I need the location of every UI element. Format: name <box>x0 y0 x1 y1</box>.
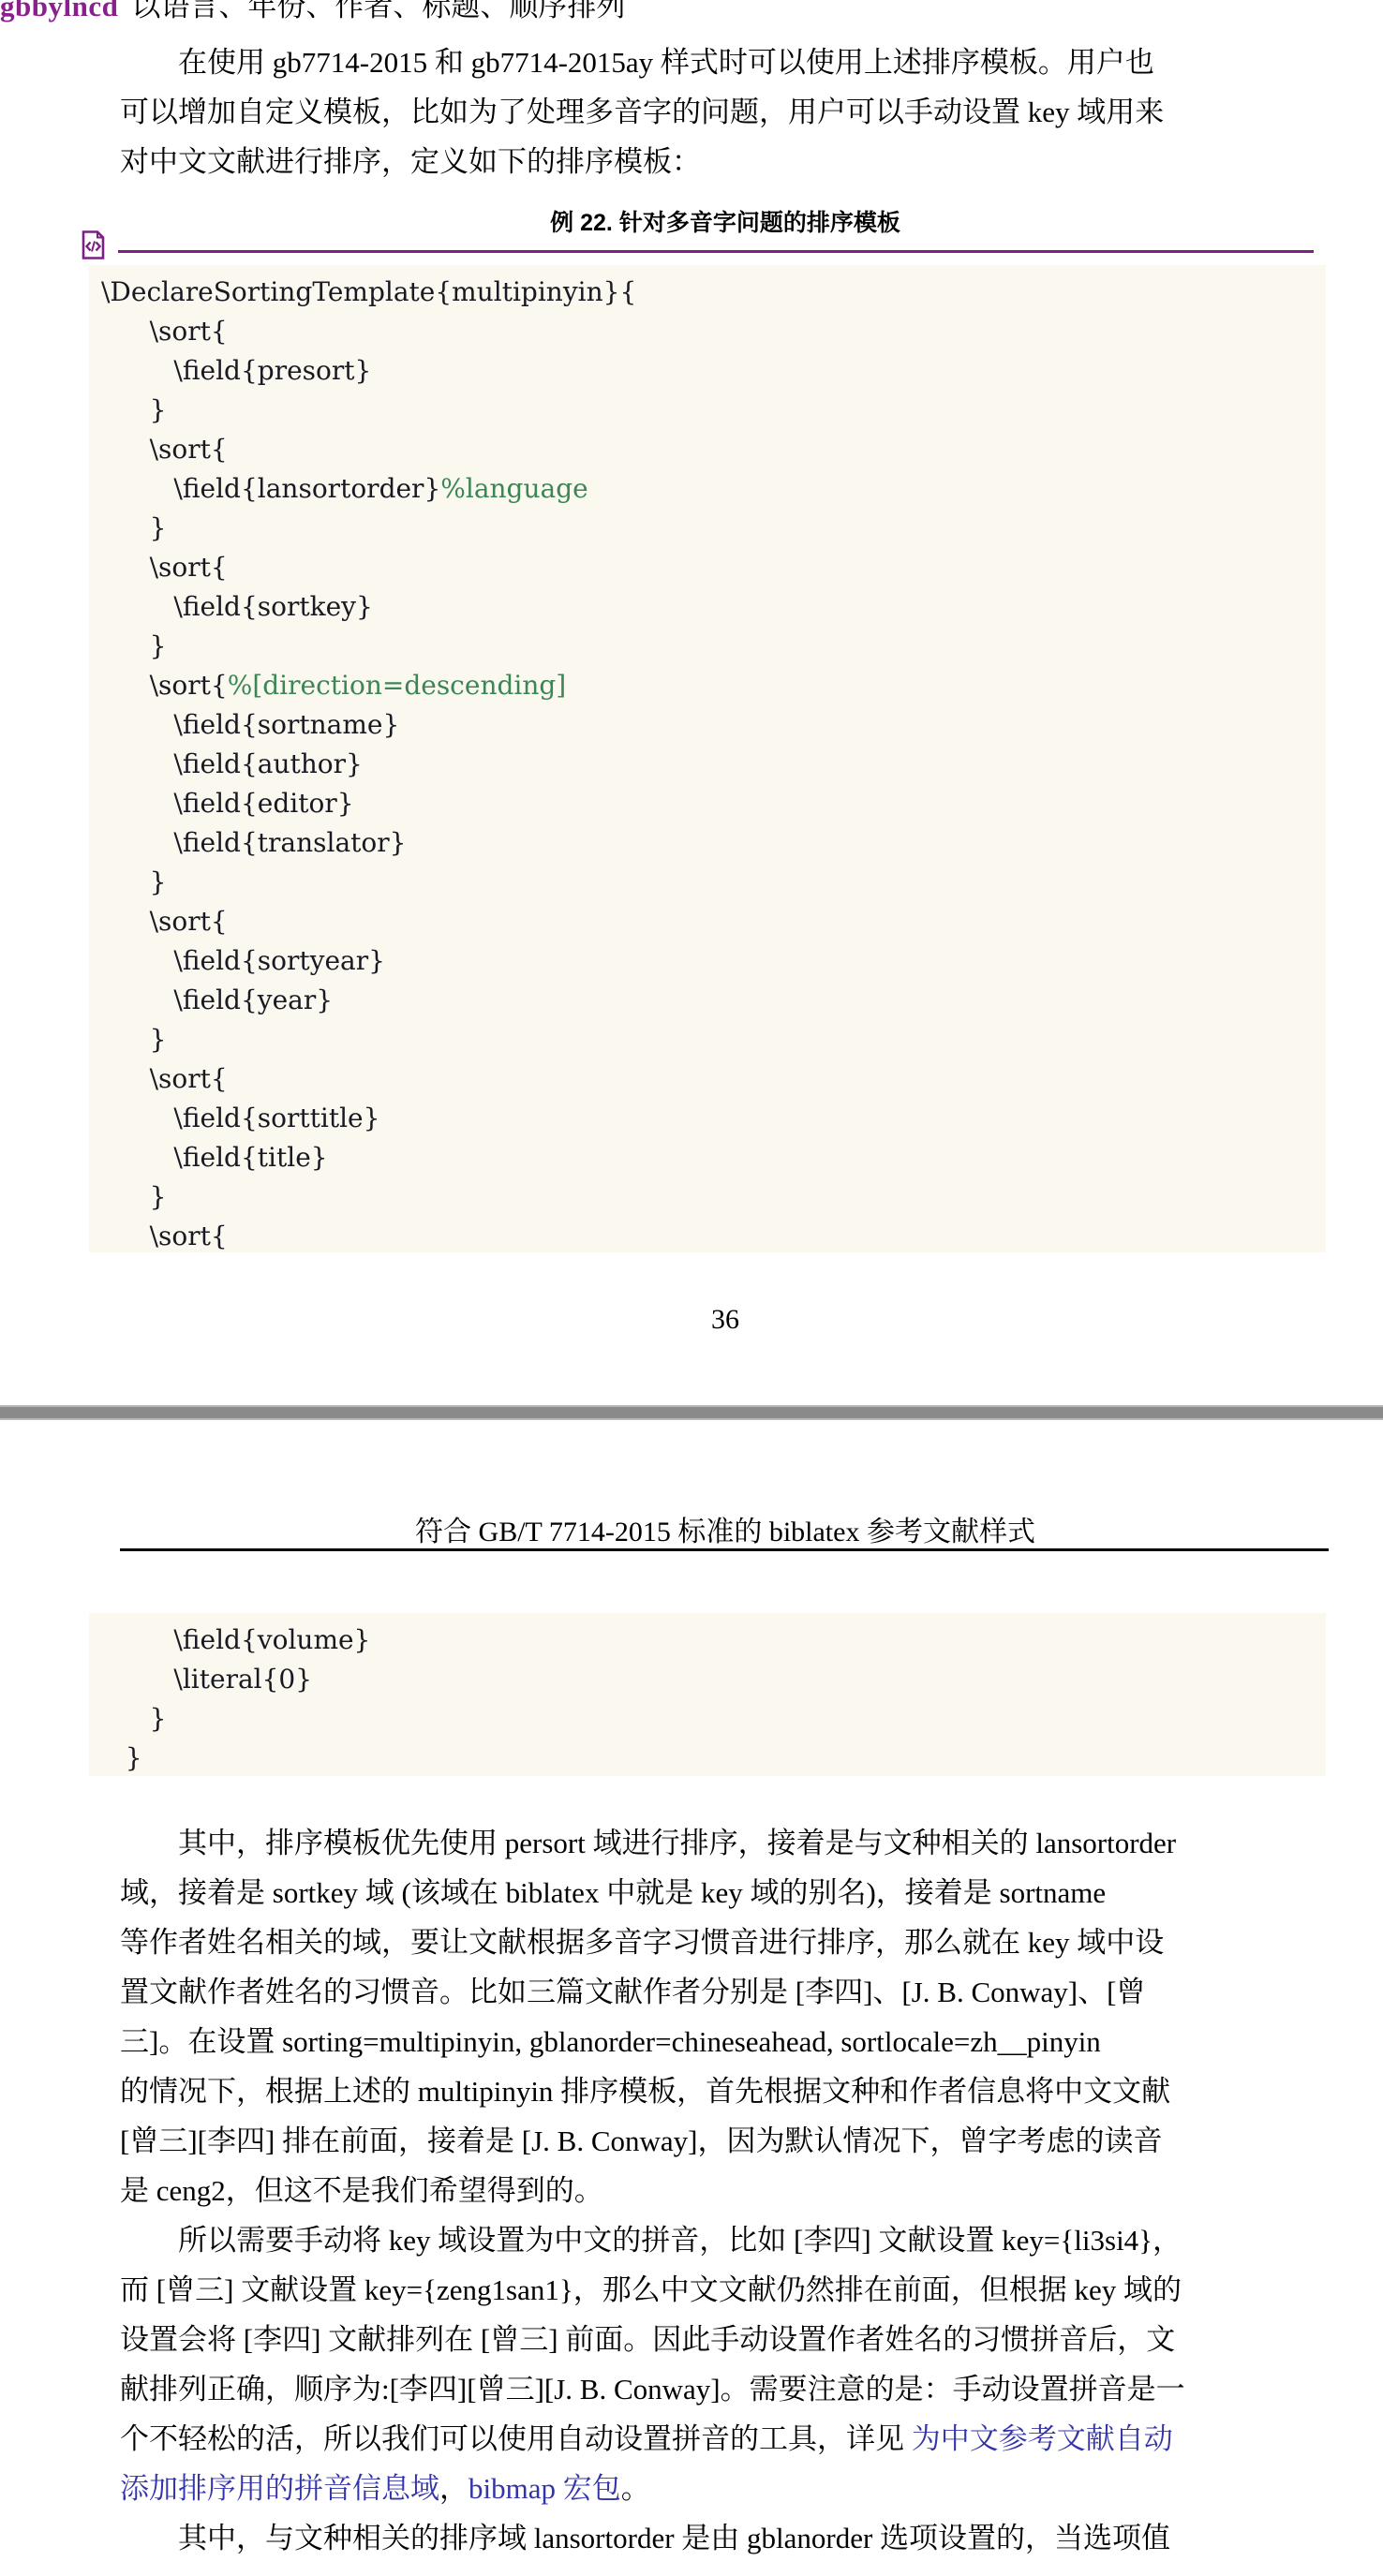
text-segment: 置文献作者姓名的习惯音。比如三篇文献作者分别是 [李四]、[J. B. Conw… <box>120 1976 1145 2008</box>
running-header: 符合 GB/T 7714-2015 标准的 biblatex 参考文献样式 <box>120 1508 1331 1549</box>
text-segment: \sort{ <box>101 906 228 937</box>
text-segment: 域，接着是 sortkey 域 (该域在 biblatex 中就是 key 域的… <box>120 1876 1106 1909</box>
text-line: [曾三][李四] 排在前面，接着是 [J. B. Conway]，因为默认情况下… <box>120 2116 1331 2166</box>
text-line: 三]。在设置 sorting=multipinyin, gblanorder=c… <box>120 2017 1331 2066</box>
text-line: 置文献作者姓名的习惯音。比如三篇文献作者分别是 [李四]、[J. B. Conw… <box>120 1967 1331 2017</box>
code-line: \literal{0} <box>101 1660 1326 1699</box>
text-line: 其中，排序模板优先使用 persort 域进行排序，接着是与文种相关的 lans… <box>120 1818 1331 1868</box>
text-line: 的情况下，根据上述的 multipinyin 排序模板，首先根据文种和作者信息将… <box>120 2066 1331 2116</box>
text-line: 献排列正确，顺序为:[李四][曾三][J. B. Conway]。需要注意的是：… <box>120 2364 1331 2414</box>
code-line: \field{sortname} <box>101 705 1326 745</box>
code-line: \sort{ <box>101 902 1326 941</box>
code-comment: %language <box>440 473 587 504</box>
code-line: \field{author} <box>101 745 1326 784</box>
option-name: gbbylncd <box>0 0 118 22</box>
text-segment: 个不轻松的活，所以我们可以使用自动设置拼音的工具，详见 <box>120 2422 912 2455</box>
text-segment: 的情况下，根据上述的 multipinyin 排序模板，首先根据文种和作者信息将… <box>120 2075 1170 2108</box>
code-file-icon <box>82 230 105 259</box>
code-line: \sort{ <box>101 430 1326 469</box>
code-line: \field{sorttitle} <box>101 1099 1326 1138</box>
code-listing: \DeclareSortingTemplate{multipinyin}{ \s… <box>89 265 1326 1252</box>
text-line: 域，接着是 sortkey 域 (该域在 biblatex 中就是 key 域的… <box>120 1868 1331 1917</box>
text-segment: } <box>101 630 166 661</box>
code-line: \sort{ <box>101 312 1326 351</box>
body-paragraphs: 其中，排序模板优先使用 persort 域进行排序，接着是与文种相关的 lans… <box>120 1818 1331 2563</box>
text-segment: \DeclareSortingTemplate{multipinyin}{ <box>101 276 636 307</box>
code-line: \sort{ <box>101 1059 1326 1099</box>
text-segment: 在使用 gb7714-2015 和 gb7714-2015ay 样式时可以使用上… <box>178 46 1154 79</box>
text-segment: \field{presort} <box>101 355 371 386</box>
text-line: 而 [曾三] 文献设置 key={zeng1san1}，那么中文文献仍然排在前面… <box>120 2265 1331 2315</box>
intro-paragraph: 在使用 gb7714-2015 和 gb7714-2015ay 样式时可以使用上… <box>120 37 1331 186</box>
text-line: 个不轻松的活，所以我们可以使用自动设置拼音的工具，详见 为中文参考文献自动 <box>120 2414 1331 2464</box>
code-listing-continued: \field{volume} \literal{0} } } <box>89 1613 1326 1776</box>
text-segment: } <box>101 1742 142 1773</box>
text-line: 所以需要手动将 key 域设置为中文的拼音，比如 [李四] 文献设置 key={… <box>120 2215 1331 2265</box>
text-segment: \field{sorttitle} <box>101 1103 379 1133</box>
code-line: \DeclareSortingTemplate{multipinyin}{ <box>101 273 1326 312</box>
code-line: } <box>101 627 1326 666</box>
doc-link[interactable]: 为中文参考文献自动 <box>912 2422 1173 2455</box>
text-segment: 。 <box>621 2472 650 2505</box>
code-line: \field{translator} <box>101 823 1326 863</box>
code-line: } <box>101 1020 1326 1059</box>
text-line: 对中文文献进行排序，定义如下的排序模板： <box>120 137 1331 186</box>
doc-link[interactable]: bibmap 宏包 <box>468 2472 621 2505</box>
listing-top-rule <box>118 250 1314 253</box>
separator-band <box>0 1407 1383 1418</box>
text-line: 其中，与文种相关的排序域 lansortorder 是由 gblanorder … <box>120 2513 1331 2563</box>
page-number: 36 <box>120 1304 1331 1336</box>
code-line: } <box>101 863 1326 902</box>
text-segment: 可以增加自定义模板，比如为了处理多音字的问题，用户可以手动设置 key 域用来 <box>120 96 1164 128</box>
text-segment: \field{year} <box>101 985 333 1015</box>
text-segment: \sort{ <box>101 1221 228 1251</box>
option-description: 以语言、年份、作者、标题、顺序排列 <box>131 0 625 22</box>
code-line: \field{title} <box>101 1138 1326 1177</box>
code-line: } <box>101 1699 1326 1739</box>
pdf-document-view: gbbylncd以语言、年份、作者、标题、顺序排列 在使用 gb7714-201… <box>0 0 1383 2576</box>
text-line: 等作者姓名相关的域，要让文献根据多音字习惯音进行排序，那么就在 key 域中设 <box>120 1917 1331 1967</box>
text-segment: } <box>101 866 166 897</box>
separator-bottom-edge <box>0 1418 1383 1420</box>
code-line: } <box>101 1739 1326 1778</box>
code-line: } <box>101 391 1326 430</box>
code-line: \sort{%[direction=descending] <box>101 666 1326 705</box>
clipped-heading: gbbylncd以语言、年份、作者、标题、顺序排列 <box>0 0 625 24</box>
text-segment: \field{volume} <box>101 1624 370 1655</box>
text-segment: 等作者姓名相关的域，要让文献根据多音字习惯音进行排序，那么就在 key 域中设 <box>120 1926 1164 1959</box>
text-segment: 是 ceng2，但这不是我们希望得到的。 <box>120 2174 603 2207</box>
text-segment: \field{author} <box>101 748 363 779</box>
text-segment: \sort{ <box>101 552 228 583</box>
code-line: } <box>101 1177 1326 1217</box>
text-segment: } <box>101 512 166 543</box>
text-segment: \field{translator} <box>101 827 406 858</box>
code-line: \field{editor} <box>101 784 1326 823</box>
text-segment: \sort{ <box>101 316 228 347</box>
text-segment: \field{editor} <box>101 788 354 819</box>
text-segment: \field{title} <box>101 1142 328 1173</box>
text-line: 设置会将 [李四] 文献排列在 [曾三] 前面。因此手动设置作者姓名的习惯拼音后… <box>120 2315 1331 2364</box>
text-segment: \field{lansortorder} <box>101 473 440 504</box>
text-segment: \literal{0} <box>101 1664 312 1695</box>
code-line: \field{volume} <box>101 1621 1326 1660</box>
text-segment: [曾三][李四] 排在前面，接着是 [J. B. Conway]，因为默认情况下… <box>120 2124 1163 2157</box>
code-line: \sort{ <box>101 548 1326 587</box>
text-segment: \field{sortyear} <box>101 945 385 976</box>
text-segment: 其中，与文种相关的排序域 lansortorder 是由 gblanorder … <box>178 2522 1170 2554</box>
text-segment: ， <box>439 2472 468 2505</box>
text-line: 可以增加自定义模板，比如为了处理多音字的问题，用户可以手动设置 key 域用来 <box>120 87 1331 137</box>
text-segment: \field{sortname} <box>101 709 399 740</box>
text-segment: 其中，排序模板优先使用 persort 域进行排序，接着是与文种相关的 lans… <box>178 1827 1176 1859</box>
text-segment: 而 [曾三] 文献设置 key={zeng1san1}，那么中文文献仍然排在前面… <box>120 2273 1182 2306</box>
text-line: 添加排序用的拼音信息域，bibmap 宏包。 <box>120 2464 1331 2513</box>
text-segment: } <box>101 1024 166 1055</box>
code-comment: %[direction=descending] <box>228 670 567 701</box>
text-segment: 三]。在设置 sorting=multipinyin, gblanorder=c… <box>120 2025 1101 2058</box>
text-segment: 对中文文献进行排序，定义如下的排序模板： <box>120 145 701 178</box>
header-rule <box>120 1548 1329 1551</box>
code-line: \field{sortkey} <box>101 587 1326 627</box>
text-segment: 设置会将 [李四] 文献排列在 [曾三] 前面。因此手动设置作者姓名的习惯拼音后… <box>120 2323 1175 2356</box>
code-line: \field{year} <box>101 981 1326 1020</box>
page-separator <box>0 1405 1383 1420</box>
text-segment: \sort{ <box>101 670 228 701</box>
text-line: 在使用 gb7714-2015 和 gb7714-2015ay 样式时可以使用上… <box>120 37 1331 87</box>
text-segment: \field{sortkey} <box>101 591 373 622</box>
text-segment: \sort{ <box>101 1063 228 1094</box>
listing-caption: 例 22. 针对多音字问题的排序模板 <box>120 204 1331 238</box>
code-line: } <box>101 509 1326 548</box>
text-segment: } <box>101 394 166 425</box>
code-line: \field{sortyear} <box>101 941 1326 981</box>
code-line: \field{presort} <box>101 351 1326 391</box>
code-line: \sort{ <box>101 1217 1326 1256</box>
doc-link[interactable]: 添加排序用的拼音信息域 <box>120 2472 439 2505</box>
text-segment: 献排列正确，顺序为:[李四][曾三][J. B. Conway]。需要注意的是：… <box>120 2373 1185 2406</box>
text-line: 是 ceng2，但这不是我们希望得到的。 <box>120 2166 1331 2215</box>
text-segment: \sort{ <box>101 434 228 465</box>
text-segment: } <box>101 1181 166 1212</box>
code-line: \field{lansortorder}%language <box>101 469 1326 509</box>
text-segment: } <box>101 1703 166 1734</box>
text-segment: 所以需要手动将 key 域设置为中文的拼音，比如 [李四] 文献设置 key={… <box>178 2224 1182 2257</box>
